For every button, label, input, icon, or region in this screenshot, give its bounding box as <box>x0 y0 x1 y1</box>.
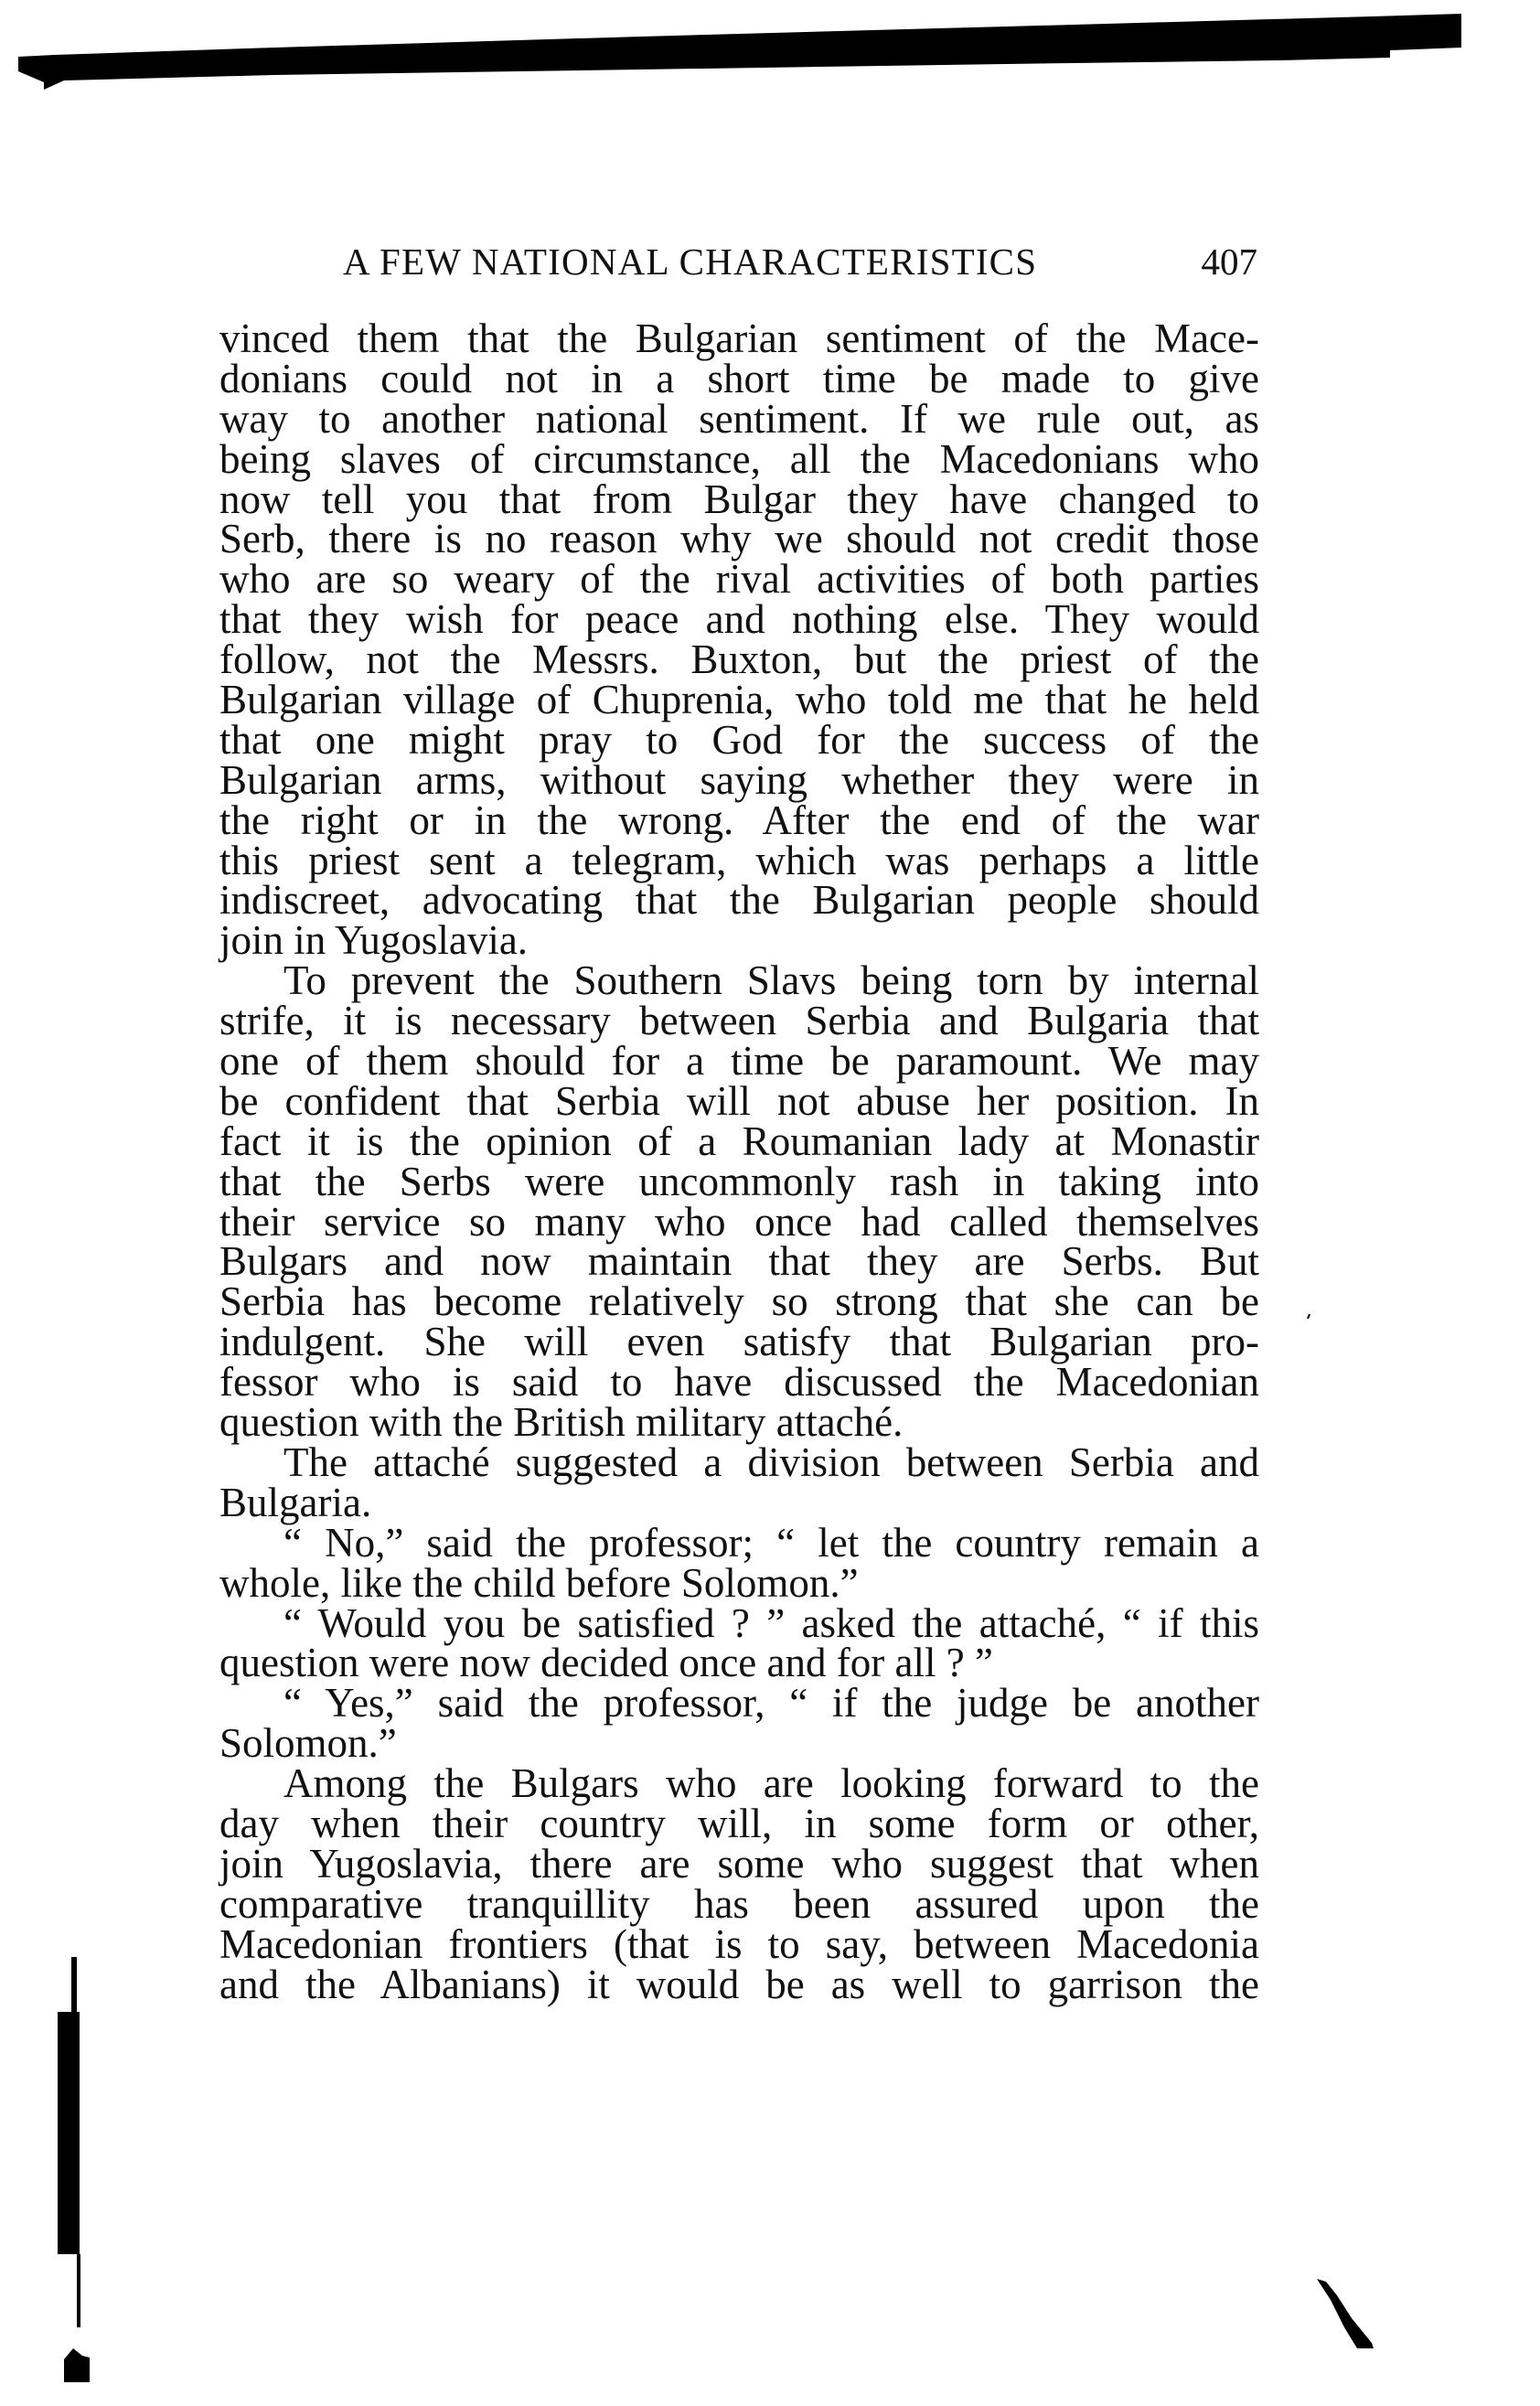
text-line: join Yugoslavia, there are some who sugg… <box>219 1845 1259 1885</box>
text-line: the right or in the wrong. After the end… <box>219 801 1259 841</box>
text-line: “ Yes,” said the professor, “ if the jud… <box>219 1684 1259 1724</box>
body-text: vinced them that the Bulgarian sentiment… <box>219 319 1259 2005</box>
text-line: fact it is the opinion of a Roumanian la… <box>219 1122 1259 1162</box>
text-line: Serbia has become relatively so strong t… <box>219 1282 1259 1322</box>
text-line: indiscreet, advocating that the Bulgaria… <box>219 881 1259 921</box>
right-margin-tick <box>1308 1314 1310 1319</box>
text-line: question were now decided once and for a… <box>219 1643 1259 1684</box>
text-line: that one might pray to God for the succe… <box>219 721 1259 761</box>
left-binding-shadow-bar <box>58 2012 80 2254</box>
text-line: fessor who is said to have discussed the… <box>219 1363 1259 1403</box>
text-line: that the Serbs were uncommonly rash in t… <box>219 1162 1259 1203</box>
text-line: vinced them that the Bulgarian sentiment… <box>219 319 1259 359</box>
left-binding-shadow-blob <box>64 2348 90 2382</box>
text-line: “ No,” said the professor; “ let the cou… <box>219 1524 1259 1564</box>
text-line: this priest sent a telegram, which was p… <box>219 841 1259 882</box>
text-line: their service so many who once had calle… <box>219 1203 1259 1243</box>
text-line: Bulgars and now maintain that they are S… <box>219 1242 1259 1282</box>
scanned-book-page: A FEW NATIONAL CHARACTERISTICS 407 vince… <box>0 0 1540 2406</box>
text-line: Bulgaria. <box>219 1483 1259 1524</box>
running-head: A FEW NATIONAL CHARACTERISTICS 407 <box>343 240 1257 285</box>
text-line: question with the British military attac… <box>219 1403 1259 1443</box>
top-page-edge-shadow <box>18 14 1461 90</box>
text-line: way to another national sentiment. If we… <box>219 400 1259 440</box>
text-line: day when their country will, in some for… <box>219 1804 1259 1845</box>
text-line: one of them should for a time be paramou… <box>219 1042 1259 1082</box>
text-line: Macedonian frontiers (that is to say, be… <box>219 1925 1259 1965</box>
running-head-title: A FEW NATIONAL CHARACTERISTICS <box>343 240 1037 283</box>
page-number: 407 <box>1202 240 1258 283</box>
text-line: “ Would you be satisfied ? ” asked the a… <box>219 1604 1259 1644</box>
text-line: Bulgarian arms, without saying whether t… <box>219 761 1259 801</box>
text-line: Serb, there is no reason why we should n… <box>219 519 1259 560</box>
text-line: indulgent. She will even satisfy that Bu… <box>219 1322 1259 1363</box>
text-line: Among the Bulgars who are looking forwar… <box>219 1764 1259 1804</box>
text-line: comparative tranquillity has been assure… <box>219 1885 1259 1925</box>
text-line: To prevent the Southern Slavs being torn… <box>219 961 1259 1001</box>
text-line: that they wish for peace and nothing els… <box>219 600 1259 640</box>
left-binding-shadow-thin <box>77 2254 80 2327</box>
text-line: The attaché suggested a division between… <box>219 1443 1259 1483</box>
text-line: Solomon.” <box>219 1724 1259 1764</box>
text-line: be confident that Serbia will not abuse … <box>219 1082 1259 1122</box>
text-line: join in Yugoslavia. <box>219 921 1259 961</box>
text-line: now tell you that from Bulgar they have … <box>219 480 1259 520</box>
text-line: follow, not the Messrs. Buxton, but the … <box>219 640 1259 680</box>
left-binding-shadow-line <box>71 1957 77 2012</box>
text-line: being slaves of circumstance, all the Ma… <box>219 440 1259 480</box>
text-line: and the Albanians) it would be as well t… <box>219 1965 1259 2005</box>
text-line: who are so weary of the rival activities… <box>219 560 1259 600</box>
text-line: whole, like the child before Solomon.” <box>219 1564 1259 1604</box>
text-line: donians could not in a short time be mad… <box>219 359 1259 400</box>
text-line: strife, it is necessary between Serbia a… <box>219 1001 1259 1042</box>
text-line: Bulgarian village of Chuprenia, who told… <box>219 680 1259 721</box>
bottom-right-stray-mark <box>1317 2279 1374 2348</box>
